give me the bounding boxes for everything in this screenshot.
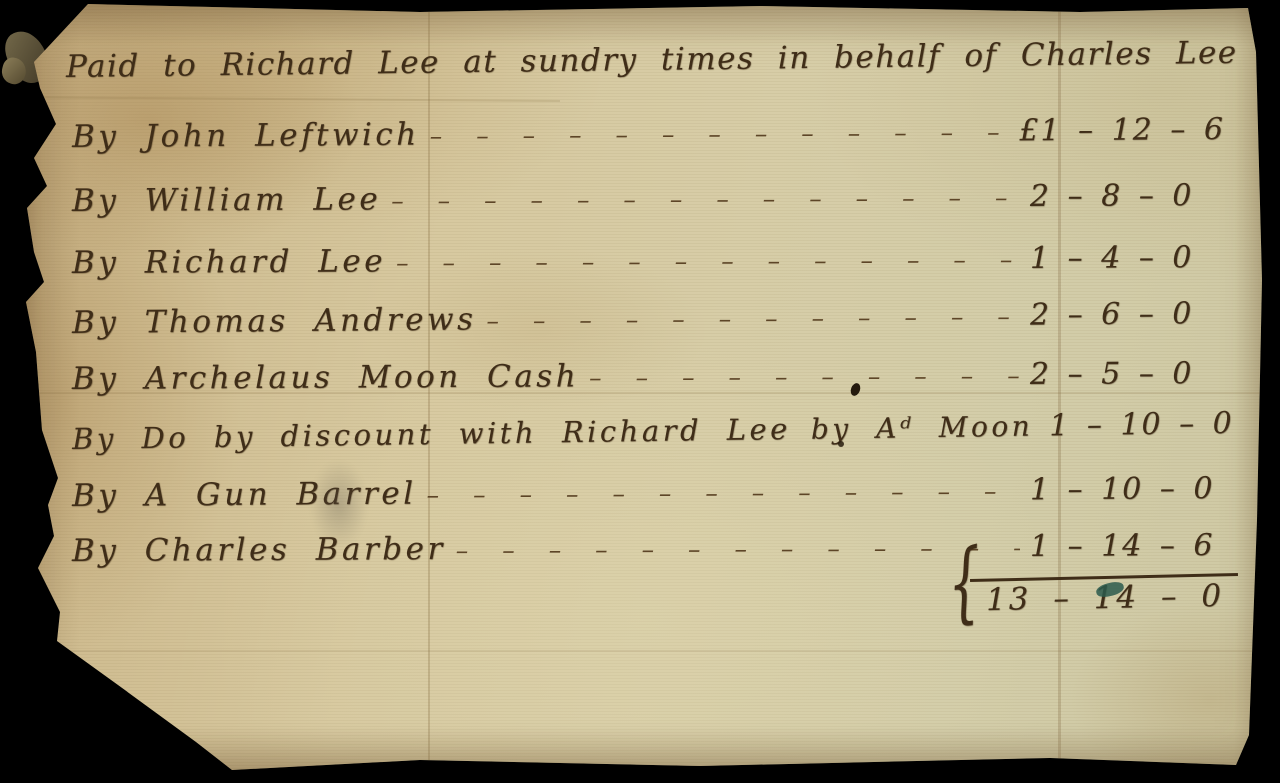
dash-leader: – – – – – – – – – – – – – – – – – – – – … [427,476,1021,509]
pencil-smudge [310,460,368,548]
dash-leader: – – – – – – – – – – – – – – – – – – – – … [589,361,1020,392]
entry-amount: 2 – 6 – 0 [1030,296,1225,333]
entry-amount: 1 – 10 – 0 [1049,406,1244,444]
total-brace: { [945,528,984,635]
entry-note: by Aᵈ Moon [811,410,1034,446]
entry-amount: 1 – 4 – 0 [1030,240,1225,276]
entry-payer: By John Leftwich [72,117,420,155]
entry-amount: £1 – 12 – 6 [1019,112,1225,148]
ledger-entry: By Charles Barber – – – – – – – – – – – … [72,527,1225,569]
manuscript-paper: Paid to Richard Lee at sundry times in b… [0,0,1280,783]
entry-payer: By Thomas Andrews [72,302,477,342]
ledger-entry: By Thomas Andrews – – – – – – – – – – – … [72,295,1225,341]
dash-leader: – – – – – – – – – – – – – – – – – – – – … [391,183,1020,215]
ledger-entry: By Do by discount with Richard Lee – – –… [72,406,1225,457]
entry-payer: By Richard Lee [72,243,386,281]
entry-amount: 2 – 5 – 0 [1030,356,1225,392]
ink-blot [838,441,844,447]
entry-payer: By Do by discount with Richard Lee [72,412,791,456]
dash-leader: – – – – – – – – – – – – – – – – – – – – … [486,302,1020,336]
ledger-entry: By William Lee – – – – – – – – – – – – –… [72,177,1225,219]
fold-crease [0,96,560,102]
ledger-entry: By Archelaus Moon Cash – – – – – – – – –… [72,355,1225,397]
scan-background: Paid to Richard Lee at sundry times in b… [0,0,1280,783]
entry-payer: By Archelaus Moon Cash [72,358,579,397]
ledger-entry: By Richard Lee – – – – – – – – – – – – –… [72,239,1225,281]
entry-amount: 1 – 10 – 0 [1030,471,1225,507]
dash-leader: – – – – – – – – – – – – – – – – – – – – … [456,533,1020,565]
entry-amount: 2 – 8 – 0 [1030,178,1225,214]
document-title: Paid to Richard Lee at sundry times in b… [66,35,1216,85]
dash-leader: – – – – – – – – – – – – – – – – – – – – … [430,117,1010,150]
entry-payer: By William Lee [72,181,381,219]
fold-crease [0,650,1280,652]
entry-amount: 1 – 14 – 6 [1030,528,1225,564]
ledger-entry: By John Leftwich – – – – – – – – – – – –… [72,111,1225,155]
entry-payer: By Charles Barber [72,531,446,569]
ledger-entry: By A Gun Barrel – – – – – – – – – – – – … [72,470,1225,514]
dash-leader: – – – – – – – – – – – – – – – – – – – – … [396,245,1020,277]
